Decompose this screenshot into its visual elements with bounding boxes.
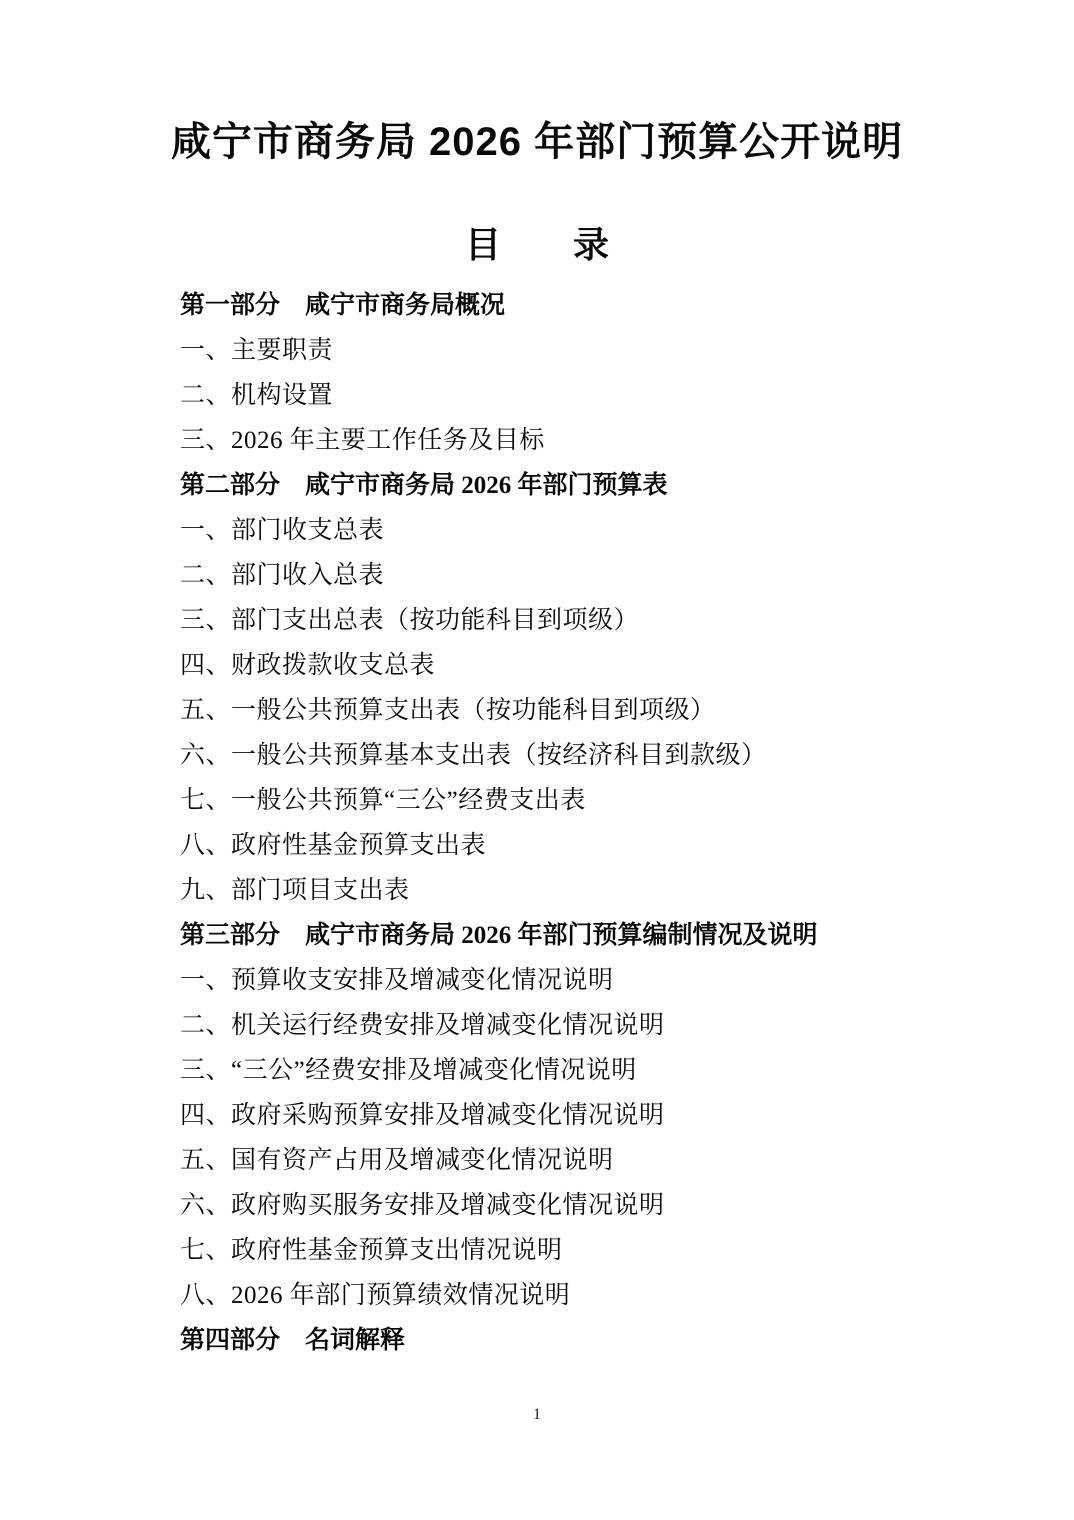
toc-item: 七、政府性基金预算支出情况说明 <box>180 1228 940 1273</box>
toc-item: 二、机构设置 <box>180 373 940 418</box>
toc-item: 五、一般公共预算支出表（按功能科目到项级） <box>180 688 940 733</box>
toc-item: 三、部门支出总表（按功能科目到项级） <box>180 598 940 643</box>
page-number: 1 <box>0 1406 1074 1424</box>
toc-item: 八、2026 年部门预算绩效情况说明 <box>180 1273 940 1318</box>
toc-section-header: 第四部分 名词解释 <box>180 1318 940 1363</box>
document-page: 咸宁市商务局 2026 年部门预算公开说明 目 录 第一部分 咸宁市商务局概况一… <box>0 0 1074 1520</box>
toc-item: 二、机关运行经费安排及增减变化情况说明 <box>180 1003 940 1048</box>
toc-item: 六、政府购买服务安排及增减变化情况说明 <box>180 1183 940 1228</box>
toc-list: 第一部分 咸宁市商务局概况一、主要职责二、机构设置三、2026 年主要工作任务及… <box>180 283 940 1363</box>
toc-heading: 目 录 <box>0 224 1074 267</box>
toc-item: 四、财政拨款收支总表 <box>180 643 940 688</box>
document-title: 咸宁市商务局 2026 年部门预算公开说明 <box>0 0 1074 166</box>
toc-section-header: 第二部分 咸宁市商务局 2026 年部门预算表 <box>180 463 940 508</box>
toc-item: 三、2026 年主要工作任务及目标 <box>180 418 940 463</box>
toc-item: 七、一般公共预算“三公”经费支出表 <box>180 778 940 823</box>
toc-item: 一、主要职责 <box>180 328 940 373</box>
toc-item: 九、部门项目支出表 <box>180 868 940 913</box>
toc-section-header: 第三部分 咸宁市商务局 2026 年部门预算编制情况及说明 <box>180 913 940 958</box>
toc-item: 五、国有资产占用及增减变化情况说明 <box>180 1138 940 1183</box>
toc-item: 一、部门收支总表 <box>180 508 940 553</box>
toc-item: 八、政府性基金预算支出表 <box>180 823 940 868</box>
toc-item: 三、“三公”经费安排及增减变化情况说明 <box>180 1048 940 1093</box>
toc-item: 六、一般公共预算基本支出表（按经济科目到款级） <box>180 733 940 778</box>
toc-section-header: 第一部分 咸宁市商务局概况 <box>180 283 940 328</box>
toc-item: 一、预算收支安排及增减变化情况说明 <box>180 958 940 1003</box>
toc-item: 二、部门收入总表 <box>180 553 940 598</box>
toc-item: 四、政府采购预算安排及增减变化情况说明 <box>180 1093 940 1138</box>
